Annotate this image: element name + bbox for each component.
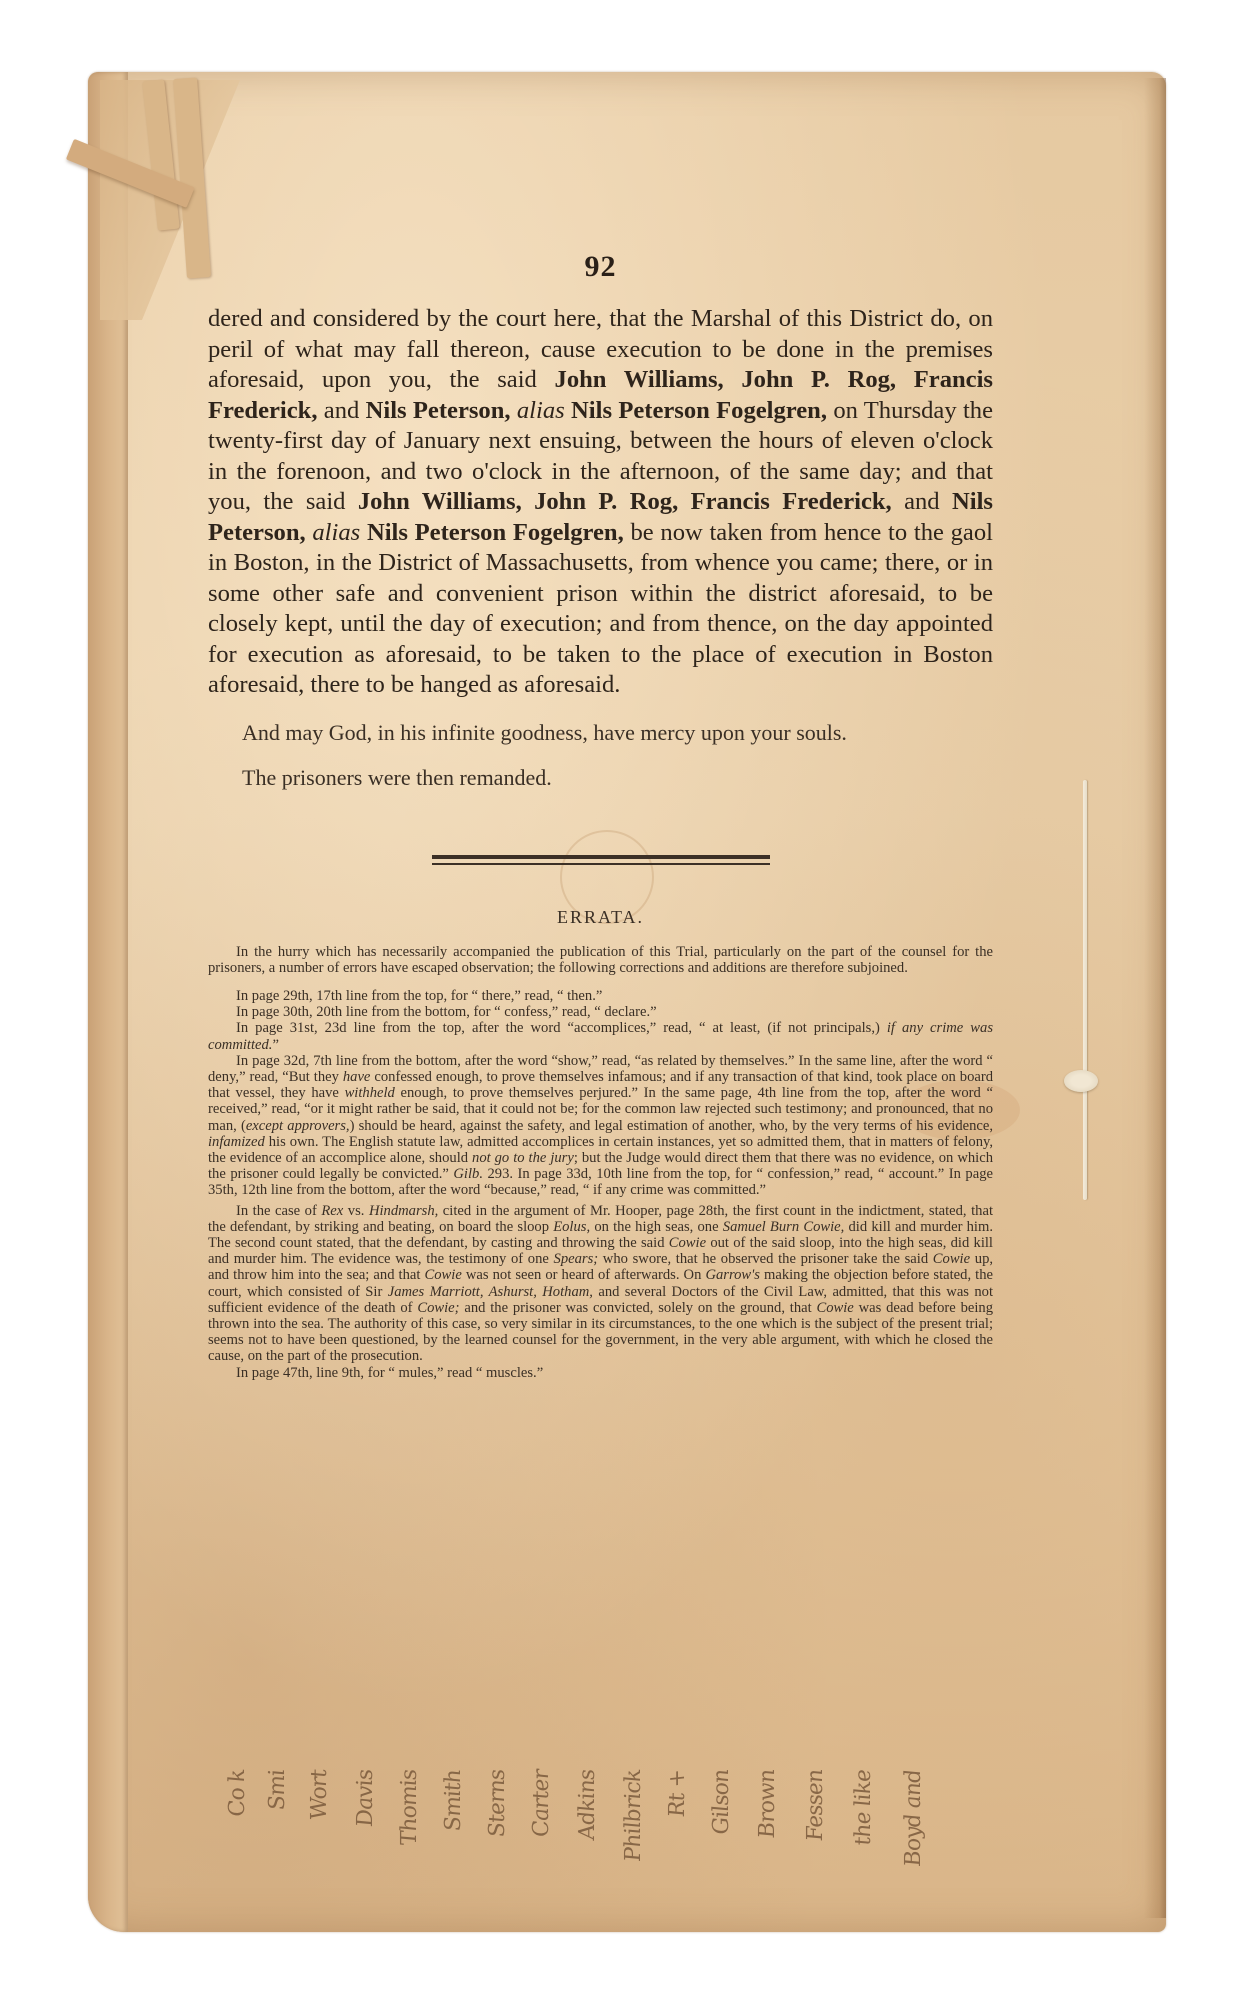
errata-italic: withheld <box>345 1085 395 1101</box>
errata-text: ) should be heard, against the safety, a… <box>350 1118 993 1134</box>
errata-text: who swore, that he observed the prisoner… <box>598 1251 933 1267</box>
errata-italic: Hindmarsh, <box>369 1203 438 1219</box>
mercy-paragraph: And may God, in his infinite goodness, h… <box>208 719 993 746</box>
errata-section: In the hurry which has necessarily accom… <box>208 944 993 1381</box>
prisoner-names: John Williams, John P. Rog, Francis Fred… <box>358 488 892 515</box>
double-rule-divider <box>432 855 770 865</box>
handwriting-column: Carter <box>529 1769 554 1838</box>
errata-text: In the case of <box>236 1203 321 1219</box>
errata-text: vs. <box>343 1203 369 1219</box>
handwriting-column: Boyd and <box>901 1769 926 1868</box>
handwriting-column: Adkins <box>575 1769 600 1841</box>
page-content: 92 dered and considered by the court her… <box>208 250 993 1381</box>
errata-text: In page 31st, 23d line from the top, aft… <box>236 1020 887 1036</box>
body-text: and <box>318 397 366 424</box>
binding-thread <box>1083 780 1087 1200</box>
errata-italic: Spears; <box>554 1251 599 1267</box>
handwriting-column: Smith <box>441 1769 466 1833</box>
errata-italic: Cowie; <box>417 1300 459 1316</box>
errata-text: and the prisoner was convicted, solely o… <box>460 1300 817 1316</box>
errata-italic: not go to the jury <box>472 1150 574 1166</box>
handwriting-column: Brown <box>755 1769 780 1840</box>
thread-knot <box>1064 1070 1098 1092</box>
errata-entry: In page 30th, 20th line from the bottom,… <box>208 1004 993 1020</box>
page-number: 92 <box>208 250 993 284</box>
errata-italic: Garrow's <box>705 1267 759 1283</box>
handwriting-column: Philbrick <box>621 1769 646 1863</box>
handwriting-column: Rt + <box>665 1769 690 1818</box>
handwriting-column: Sterns <box>485 1769 510 1839</box>
errata-italic: Rex <box>321 1203 343 1219</box>
errata-italic: Cowie <box>669 1235 706 1251</box>
page-right-edge <box>1144 78 1166 1918</box>
errata-italic: Samuel Burn Cowie, <box>723 1219 845 1235</box>
alias-label: alias <box>312 519 360 546</box>
handwriting-column: Gilson <box>709 1769 734 1836</box>
errata-italic: Cowie <box>816 1300 853 1316</box>
errata-italic: Cowie <box>425 1267 462 1283</box>
handwriting-column: Davis <box>353 1769 378 1828</box>
remanded-paragraph: The prisoners were then remanded. <box>208 764 993 791</box>
handwriting-column: Smi <box>265 1769 290 1812</box>
handwriting-column: the like <box>851 1769 876 1847</box>
errata-entry-page32: In page 32d, 7th line from the bottom, a… <box>208 1053 993 1199</box>
handwriting-column: Co k <box>225 1769 250 1818</box>
errata-intro: In the hurry which has necessarily accom… <box>208 944 993 976</box>
errata-entry: In page 47th, line 9th, for “ mules,” re… <box>208 1365 993 1381</box>
prisoner-name: Nils Peterson, <box>366 397 511 424</box>
errata-italic: have <box>343 1069 371 1085</box>
alias-label: alias <box>517 397 565 424</box>
prisoner-name: Nils Peterson Fogelgren, <box>367 519 624 546</box>
errata-italic: James Marriott, Ashurst, Hotham, <box>388 1284 593 1300</box>
sentence-paragraph: dered and considered by the court here, … <box>208 304 993 701</box>
stitched-binding-edge <box>88 72 128 1932</box>
handwriting-column: Fessen <box>803 1769 828 1842</box>
handwriting-column: Wort <box>307 1769 332 1821</box>
errata-heading: ERRATA. <box>208 907 993 928</box>
errata-italic: Cowie <box>933 1251 970 1267</box>
handwritten-annotations: Co k Smi Wort Davis Thomis Smith Sterns … <box>225 1760 1005 1930</box>
prisoner-name: Nils Peterson Fogelgren, <box>571 397 827 424</box>
errata-italic: infamized <box>208 1134 265 1150</box>
errata-text: ” <box>272 1037 278 1053</box>
errata-entry: In page 31st, 23d line from the top, aft… <box>208 1020 993 1052</box>
handwriting-column: Thomis <box>397 1769 422 1847</box>
errata-text: on the high seas, one <box>590 1219 723 1235</box>
body-text: and <box>892 488 952 515</box>
errata-italic: except approvers, <box>246 1118 350 1134</box>
errata-entry-hindmarsh: In the case of Rex vs. Hindmarsh, cited … <box>208 1203 993 1365</box>
errata-italic: Eolus, <box>553 1219 590 1235</box>
errata-text: was not seen or heard of afterwards. On <box>462 1267 706 1283</box>
errata-italic: Gilb. <box>453 1166 483 1182</box>
errata-entry: In page 29th, 17th line from the top, fo… <box>208 988 993 1004</box>
